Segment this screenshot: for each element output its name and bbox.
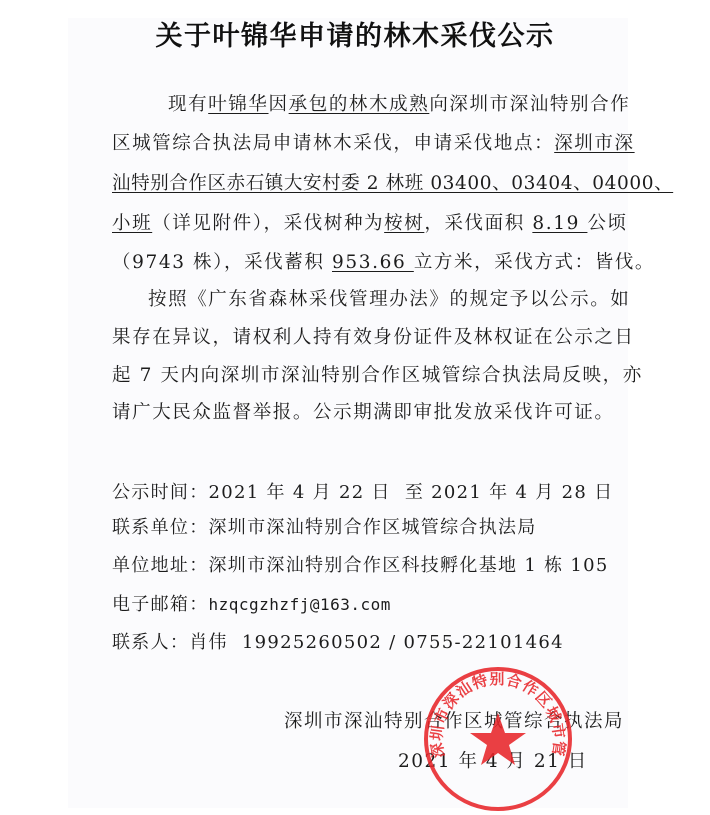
- harvest-location: 汕特别合作区赤石镇大安村委 2 林班 03400、03404、04000、: [112, 173, 673, 194]
- contact-unit: 联系单位：深圳市深汕特别合作区城管综合执法局: [112, 516, 537, 540]
- paragraph2-line1: 按照《广东省森林采伐管理办法》的规定予以公示。如: [148, 288, 613, 312]
- volume-unit: 立方米，采伐方式：皆伐。: [414, 252, 655, 273]
- harvest-area: 8.19: [532, 213, 587, 234]
- paragraph2-line4: 请广大民众监督举报。公示期满即审批发放采伐许可证。: [112, 401, 612, 425]
- contact-email: 电子邮箱：hzqcgzhzfj@163.com: [112, 593, 391, 617]
- paragraph1-line2: 区城管综合执法局申请林木采伐，申请采伐地点：深圳市深: [112, 132, 612, 156]
- publicity-period: 公示时间：2021 年 4 月 22 日 至 2021 年 4 月 28 日: [112, 481, 613, 505]
- tree-count: （9743 株），采伐蓄积: [112, 252, 325, 273]
- text: 现有: [168, 94, 208, 115]
- email-value: hzqcgzhzfj@163.com: [209, 595, 391, 614]
- applicant-name: 叶锦华: [208, 94, 268, 115]
- signature-organization: 深圳市深汕特别合作区城管综合执法局: [284, 710, 624, 734]
- document-title: 关于叶锦华申请的林木采伐公示: [0, 14, 710, 53]
- area-unit: 公顷: [587, 213, 627, 234]
- harvest-reason: 承包的林木成熟: [289, 94, 430, 115]
- paragraph1-line3: 汕特别合作区赤石镇大安村委 2 林班 03400、03404、04000、: [112, 172, 612, 196]
- tree-species: 桉树: [384, 213, 424, 234]
- label: 电子邮箱：: [112, 594, 209, 615]
- harvest-location: 小班: [112, 213, 152, 234]
- text: 向深圳市深汕特别合作: [429, 94, 630, 115]
- unit-address: 单位地址：深圳市深汕特别合作区科技孵化基地 1 栋 105: [112, 554, 609, 578]
- text: 因: [269, 94, 289, 115]
- label: 联系单位：: [112, 517, 209, 538]
- paragraph1-line5: （9743 株），采伐蓄积 953.66 立方米，采伐方式：皆伐。: [112, 251, 612, 275]
- value: 深圳市深汕特别合作区城管综合执法局: [209, 517, 537, 538]
- paragraph1-line1: 现有叶锦华因承包的林木成熟向深圳市深汕特别合作: [112, 93, 612, 117]
- paragraph1-line4: 小班（详见附件），采伐树种为桉树，采伐面积 8.19 公顷: [112, 212, 612, 236]
- value: 深圳市深汕特别合作区科技孵化基地 1 栋 105: [209, 555, 609, 576]
- text: （详见附件），采伐树种为: [152, 213, 384, 234]
- contact-person: 联系人：肖伟 19925260502 / 0755-22101464: [112, 631, 564, 655]
- label: 公示时间：: [112, 482, 209, 503]
- text: ，采伐面积: [424, 213, 525, 234]
- harvest-location: 深圳市深: [554, 133, 634, 154]
- harvest-volume: 953.66: [332, 252, 414, 273]
- paragraph2-line2: 果存在异议，请权利人持有效身份证件及林权证在公示之日: [112, 326, 612, 350]
- label: 单位地址：: [112, 555, 209, 576]
- value: 肖伟 19925260502 / 0755-22101464: [189, 632, 564, 653]
- text: 区城管综合执法局申请林木采伐，申请采伐地点：: [112, 133, 554, 154]
- paragraph2-line3: 起 7 天内向深圳市深汕特别合作区城管综合执法局反映，亦: [112, 364, 612, 388]
- document-page: 关于叶锦华申请的林木采伐公示 现有叶锦华因承包的林木成熟向深圳市深汕特别合作 区…: [0, 0, 710, 815]
- value: 2021 年 4 月 22 日 至 2021 年 4 月 28 日: [209, 482, 614, 503]
- label: 联系人：: [112, 632, 189, 653]
- signature-date: 2021 年 4 月 21 日: [398, 750, 588, 774]
